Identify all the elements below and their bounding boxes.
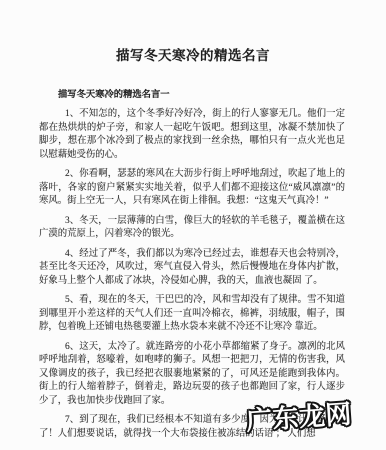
document-page: 描写冬天寒冷的精选名言 描写冬天寒冷的精选名言一 1、不知怎的，这个冬季好冷好冷… [0, 0, 386, 450]
paragraph-5: 5、看，现在的冬天，干巴巴的冷，风和雪却没有了规律。雪不知道到哪里开小差这样的天… [39, 294, 345, 335]
document-body: 描写冬天寒冷的精选名言一 1、不知怎的，这个冬季好冷好冷，街上的行人寥寥无几。他… [39, 90, 345, 441]
paragraph-7: 7、到了现在，我们已经根本不知道有多少度，因为温度计已经冻住了！人们想要说话，就… [39, 414, 345, 441]
section-heading: 描写冬天寒冷的精选名言一 [58, 90, 345, 100]
page-title: 描写冬天寒冷的精选名言 [0, 0, 386, 65]
paragraph-1: 1、不知怎的，这个冬季好冷好冷，街上的行人寥寥无几。他们一定都在热烘烘的炉子旁，… [39, 108, 345, 162]
paragraph-6: 6、这天，太冷了。就连路旁的小花小草都缩紧了身子。凛冽的北风呼呼地刮着，怒嚎着，… [39, 341, 345, 409]
paragraph-2: 2、你看啊，瑟瑟的寒风在大沥步行街上呼呼地刮过，吹起了地上的落叶，各家的窗户紧紧… [39, 168, 345, 209]
paragraph-3: 3、冬天，一层薄薄的白雪，像巨大的轻软的羊毛毯子，覆盖横在这广漠的荒原上，闪着寒… [39, 215, 345, 242]
paragraph-4: 4、经过了严冬，我们都以为寒冷已经过去，谁想春天也会特别冷，甚至比冬天还冷，风吹… [39, 248, 345, 289]
